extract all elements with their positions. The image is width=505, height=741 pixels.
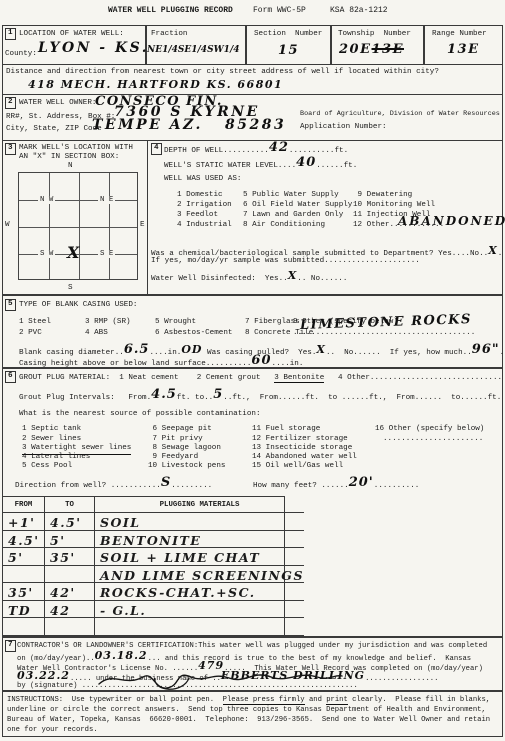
table-cell-material: ROCKS-CHAT.+SC. — [95, 583, 304, 601]
chemical-sample-dots: . — [498, 250, 503, 258]
form-title: WATER WELL PLUGGING RECORD — [108, 6, 233, 16]
certification-line1: CONTRACTOR'S OR LANDOWNER'S CERTIFICATIO… — [17, 642, 487, 652]
instructions-line4: one for your records. — [7, 726, 98, 736]
contamination-question: What is the nearest source of possible c… — [19, 410, 261, 420]
section-number-value-handwritten: 15 — [278, 44, 299, 57]
grid-line — [19, 200, 137, 201]
feet-dots: .......... — [374, 482, 420, 490]
table-header-materials: PLUGGING MATERIALS — [95, 497, 304, 513]
direction-dots: ......... — [171, 482, 212, 490]
casing-diameter-label: Blank casing diameter.. — [19, 349, 124, 357]
table-cell-from: 4.5' — [3, 531, 45, 549]
compass-south-label: S — [68, 284, 73, 294]
certification-line4-dots: ................. — [365, 675, 438, 683]
fraction-label: Fraction — [151, 30, 187, 40]
casing-height-label2: land surface.......... — [147, 360, 252, 368]
casing-option: 5 Wrought — [155, 318, 196, 328]
contamination-option: 10 Livestock pens — [148, 462, 225, 472]
table-cell-material — [95, 618, 304, 636]
use-option: 2 Irrigation — [177, 201, 232, 211]
city-state-zip-value-handwritten: TEMPE AZ. 85283 — [92, 118, 286, 132]
static-level-value-handwritten: 40 — [296, 155, 316, 170]
range-label: Range Number — [432, 30, 487, 40]
well-used-as-label: WELL WAS USED AS: — [164, 175, 241, 185]
depth-units: ..........ft. — [289, 147, 348, 155]
direction-value-handwritten: S — [161, 475, 171, 490]
static-level-label: WELL'S STATIC WATER LEVEL.... — [164, 162, 296, 170]
table-cell-from: +1' — [3, 513, 45, 531]
county-value-handwritten: LYON - KS. — [38, 41, 149, 55]
casing-option: 7 Fiberglass — [245, 318, 300, 328]
casing-option: 3 RMP (SR) — [85, 318, 131, 328]
grout-intervals-line: Grout Plug Intervals: From.4.5ft. to..5.… — [19, 391, 501, 404]
contractor-signature — [95, 668, 345, 692]
casing-option: 1 Steel — [19, 318, 51, 328]
casing-pulled-no-dots: .. No...... If yes, how much.. — [326, 349, 472, 357]
use-option: 3 Feedlot — [177, 211, 218, 221]
instructions-and: and — [305, 696, 327, 704]
divider — [330, 25, 332, 65]
record-completed-date-handwritten: 03.22.2 — [17, 669, 70, 682]
township-label: Township Number — [338, 30, 411, 40]
table-cell-material: SOIL — [95, 513, 304, 531]
grout-bentonite-underlined: 3 Bentonite — [274, 374, 324, 383]
if-yes-sample-date-label: If yes, mo/day/yr sample was submitted..… — [151, 257, 420, 267]
casing-pulled-dots: ..... — [500, 349, 505, 357]
use-option: 8 Air Conditioning — [243, 221, 325, 231]
compass-north-label: N — [68, 162, 73, 172]
compass-east-label: E — [140, 221, 145, 231]
use-option: 9 Dewatering — [353, 191, 412, 201]
casing-option: 6 Asbestos-Cement — [155, 329, 232, 339]
section-5-number: 5 — [5, 299, 16, 311]
disinfected-question: Water Well Disinfected: Yes.. — [151, 275, 288, 283]
table-cell-to: 35' — [45, 548, 95, 566]
static-water-level-line: WELL'S STATIC WATER LEVEL....40......ft. — [164, 159, 357, 172]
contamination-option: 5 Cess Pool — [22, 462, 72, 472]
chemical-sample-no-x-handwritten: X — [488, 244, 498, 257]
disinfected-line: Water Well Disinfected: Yes..X.. No.....… — [151, 272, 347, 285]
grout-intervals-mid: ft. to.. — [177, 394, 213, 402]
township-struck-value: 13E — [372, 42, 405, 57]
table-header-from: FROM — [3, 497, 45, 513]
compass-west-label: W — [5, 221, 10, 231]
grout-interval-from-handwritten: 4.5 — [151, 387, 177, 402]
table-cell-to: 42' — [45, 583, 95, 601]
application-number-label: Application Number: — [300, 123, 387, 133]
press-firmly-underlined: Please press firmly — [223, 696, 305, 705]
section-7-number: 7 — [5, 640, 16, 652]
table-cell-material: - G.L. — [95, 601, 304, 619]
grid-line — [79, 173, 80, 279]
depth-value-handwritten: 42 — [269, 140, 289, 155]
disinfected-yes-x-handwritten: X — [288, 269, 298, 282]
contamination-option-other: 16 Other (specify below) — [375, 425, 484, 435]
contamination-option: 6 Seepage pit — [148, 425, 212, 435]
how-many-feet-line: How many feet? ......20'.......... — [253, 479, 419, 492]
grout-intervals-rest: ..ft., From......ft. to ......ft., From.… — [223, 394, 501, 402]
casing-height-units: ....in. — [272, 360, 304, 368]
section-1-number: 1 — [5, 28, 16, 40]
city-state-zip-label: City, State, ZIP Code — [6, 125, 102, 135]
completed-date-handwritten: 03.18.2 — [95, 649, 148, 662]
use-option: 6 Oil Field Water Supply — [243, 201, 352, 211]
township-value-handwritten: 20E13E — [339, 43, 404, 56]
casing-od-handwritten: OD — [181, 343, 202, 356]
use-option: 1 Domestic — [177, 191, 223, 201]
use-option: 4 Industrial — [177, 221, 232, 231]
table-cell-from — [3, 566, 45, 584]
direction-label: Direction from well? ........... — [15, 482, 161, 490]
instructions-line2: underline or circle the correct answers.… — [7, 706, 486, 716]
table-header-to: TO — [45, 497, 95, 513]
table-cell-material: SOIL + LIME CHAT — [95, 548, 304, 566]
board-of-agriculture-label: Board of Agriculture, Division of Water … — [300, 110, 500, 120]
casing-option: 4 ABS — [85, 329, 108, 339]
table-cell-material: AND LIME SCREENINGS — [95, 566, 304, 584]
table-cell-to — [45, 566, 95, 584]
casing-height-value-handwritten: 60 — [251, 353, 271, 368]
feet-label: How many feet? ...... — [253, 482, 349, 490]
quadrant-se-label: S E — [98, 250, 115, 258]
table-cell-from: 35' — [3, 583, 45, 601]
use-option: 7 Lawn and Garden Only — [243, 211, 343, 221]
use-other-value-handwritten: ABANDONED — [398, 215, 505, 227]
quadrant-ne-label: N E — [98, 196, 115, 204]
grid-line — [19, 227, 137, 228]
casing-height-label: Casing height above or — [19, 360, 124, 368]
use-option: 5 Public Water Supply — [243, 191, 339, 201]
table-cell-to: 42 — [45, 601, 95, 619]
static-level-units: ......ft. — [316, 162, 357, 170]
section-number-label: Section Number — [254, 30, 322, 40]
table-cell-from — [3, 618, 45, 636]
distance-answer-handwritten: 418 MECH. HARTFORD KS. 66801 — [28, 79, 283, 90]
direction-from-well-line: Direction from well? ...........S.......… — [15, 479, 212, 492]
table-cell-material: BENTONITE — [95, 531, 304, 549]
casing-title: TYPE OF BLANK CASING USED: — [19, 301, 137, 311]
feet-value-handwritten: 20' — [349, 475, 374, 490]
form-number: Form WWC-5P — [253, 6, 306, 16]
contamination-other-dots: ...................... — [383, 435, 483, 445]
grid-line — [109, 173, 110, 279]
divider — [423, 25, 425, 65]
table-cell-to — [45, 618, 95, 636]
location-title: LOCATION OF WATER WELL: — [19, 30, 124, 40]
fraction-value-handwritten: NE1/4SE1/4SW1/4 — [147, 46, 240, 55]
section-2-number: 2 — [5, 97, 16, 109]
range-value-handwritten: 13E — [447, 43, 480, 56]
table-cell-from: TD — [3, 601, 45, 619]
contamination-option: 1 Septic tank — [22, 425, 81, 435]
disinfected-dots: .. No...... — [297, 275, 347, 283]
table-cell-from: 5' — [3, 548, 45, 566]
casing-diameter-units: ....in. — [149, 349, 181, 357]
grout-material-line: GROUT PLUG MATERIAL: 1 Neat cement 2 Cem… — [19, 374, 502, 384]
county-label: County: — [5, 50, 37, 60]
section-6-number: 6 — [5, 371, 16, 383]
contamination-option: 11 Fuel storage — [252, 425, 320, 435]
water-well-plugging-record-form: WATER WELL PLUGGING RECORD Form WWC-5P K… — [0, 0, 505, 741]
section-3-number: 3 — [5, 143, 16, 155]
township-value: 20E — [339, 42, 372, 57]
casing-option: 2 PVC — [19, 329, 42, 339]
instructions-label: INSTRUCTIONS: Use typewriter or ball poi… — [7, 696, 223, 704]
quadrant-sw-label: S W — [38, 250, 55, 258]
grout-other-option: 4 Other............................. — [324, 374, 502, 382]
grid-line — [49, 173, 50, 279]
instructions-line1-rest: clearly. Please fill in blanks, — [348, 696, 490, 704]
casing-pulled-yes-x-handwritten: X — [316, 343, 326, 356]
grout-material-options: GROUT PLUG MATERIAL: 1 Neat cement 2 Cem… — [19, 374, 274, 382]
owner-label: WATER WELL OWNER: — [19, 99, 96, 109]
section-4-number: 4 — [151, 143, 162, 155]
table-cell-to: 5' — [45, 531, 95, 549]
casing-diameter-value-handwritten: 6.5 — [124, 342, 150, 357]
contamination-option: 15 Oil well/Gas well — [252, 462, 343, 472]
grout-intervals-label: Grout Plug Intervals: From. — [19, 394, 151, 402]
print-underlined: print — [326, 696, 348, 705]
casing-pulled-amount-handwritten: 96" — [472, 342, 500, 357]
depth-label: DEPTH OF WELL.......... — [164, 147, 269, 155]
depth-of-well-line: DEPTH OF WELL..........42..........ft. — [164, 144, 348, 157]
section-grid: N W N E S W S E X — [18, 172, 138, 280]
divider — [245, 25, 247, 65]
plugging-materials-table: FROM TO PLUGGING MATERIALS +1' 4.5' SOIL… — [2, 496, 285, 637]
grout-interval-to-handwritten: 5 — [213, 387, 223, 402]
well-location-x-mark-handwritten: X — [67, 245, 81, 261]
table-cell-to: 4.5' — [45, 513, 95, 531]
quadrant-nw-label: N W — [38, 196, 55, 204]
statute-number: KSA 82a-1212 — [330, 6, 388, 16]
instructions-line3: Bureau of Water, Topeka, Kansas 66620-00… — [7, 716, 490, 726]
distance-question: Distance and direction from nearest town… — [6, 68, 439, 78]
instructions-line1: INSTRUCTIONS: Use typewriter or ball poi… — [7, 696, 490, 706]
use-option: 10 Monitoring Well — [353, 201, 435, 211]
